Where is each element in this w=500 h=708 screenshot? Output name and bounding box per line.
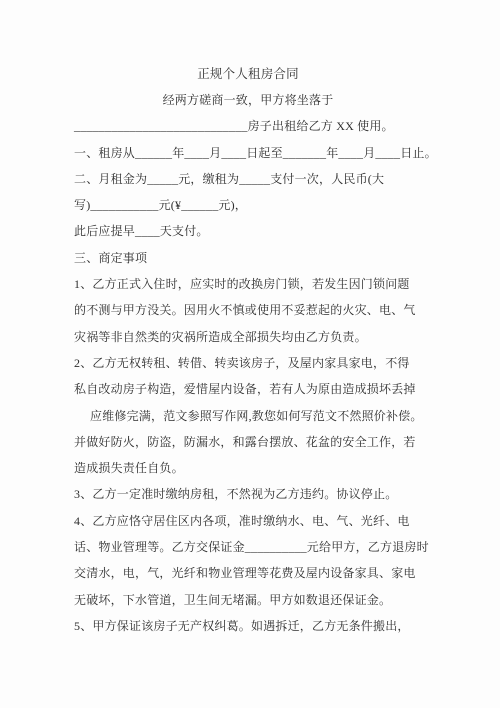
document-line: 2、乙方无权转租、转借、转卖该房子，及屋内家具家电，不得 — [74, 349, 422, 375]
document-line: ____________________________房子出租给乙方 XX 使… — [74, 113, 422, 139]
document-line: 灾祸等非自然类的灾祸所造成全部损失均由乙方负责。 — [74, 323, 422, 349]
document-line: 并做好防火，防盗，防漏水，和露台摆放、花盆的安全工作，若 — [74, 428, 422, 454]
contract-document: 正规个人租房合同 经两方磋商一致，甲方将坐落于_________________… — [74, 60, 422, 639]
contract-page: 正规个人租房合同 经两方磋商一致，甲方将坐落于_________________… — [0, 0, 500, 708]
document-line: 4、乙方应恪守居住区内各项，准时缴纳水、电、气、光纤、电 — [74, 507, 422, 533]
document-line: 造成损失责任自负。 — [74, 454, 422, 480]
document-line: 交清水，电，气，光纤和物业管理等花费及屋内设备家具、家电 — [74, 560, 422, 586]
document-line: 写)___________元(¥______元)， — [74, 191, 422, 217]
document-line: 无破坏，下水管道，卫生间无堵漏。甲方如数退还保证金。 — [74, 586, 422, 612]
document-line: 3、乙方一定准时缴纳房租，不然视为乙方违约。协议停止。 — [74, 481, 422, 507]
document-line: 话、物业管理等。乙方交保证金__________元给甲方，乙方退房时 — [74, 533, 422, 559]
document-line: 二、月租金为_____元，缴租为_____支付一次，人民币(大 — [74, 165, 422, 191]
document-line: 经两方磋商一致，甲方将坐落于 — [74, 86, 422, 112]
document-line: 三、商定事项 — [74, 244, 422, 270]
document-title: 正规个人租房合同 — [74, 60, 422, 86]
document-line: 此后应提早____天支付。 — [74, 218, 422, 244]
document-line: 一、租房从______年____月____日起至_______年____月___… — [74, 139, 422, 165]
document-line: 应维修完满，范文参照写作网,教您如何写范文不然照价补偿。 — [74, 402, 422, 428]
document-line: 私自改动房子构造，爱惜屋内设备，若有人为原由造成损坏丢掉 — [74, 376, 422, 402]
document-line: 5、甲方保证该房子无产权纠葛。如遇拆迁，乙方无条件搬出， — [74, 612, 422, 638]
document-body: 经两方磋商一致，甲方将坐落于__________________________… — [74, 86, 422, 638]
document-line: 1、乙方正式入住时，应实时的改换房门锁，若发生因门锁问题 — [74, 270, 422, 296]
document-line: 的不测与甲方没关。因用火不慎或使用不妥惹起的火灾、电、气 — [74, 297, 422, 323]
